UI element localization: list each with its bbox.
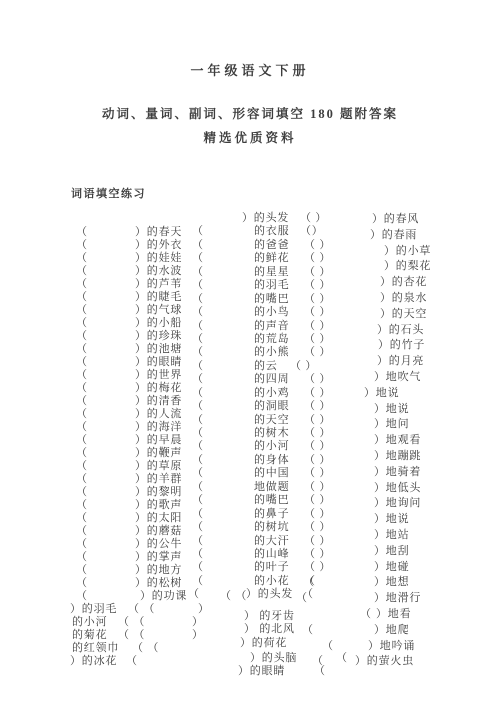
fill-blank-text: ） 的北风 — [244, 623, 295, 636]
fill-blank-text: （ — [192, 467, 204, 480]
fill-blank-text: ） — [198, 603, 210, 616]
fill-blank-text: （ — [76, 330, 88, 343]
fill-blank-text: （ — [192, 293, 204, 306]
fill-blank-text: ）的梨花 — [384, 259, 431, 275]
fill-blank-text: （ ） — [304, 508, 331, 521]
fill-blank-text: 地做题 — [254, 481, 289, 494]
fill-blank-text: （ ） — [300, 212, 327, 225]
fill-blank-text: ）的天空 — [380, 307, 427, 323]
fill-blank-text: （ — [76, 239, 88, 252]
fill-blank-text: ）的黎明 — [135, 486, 182, 499]
fill-blank-text: ）的芦苇 — [135, 278, 182, 291]
fill-blank-text: ）的人流 — [135, 408, 182, 421]
fill-blank-text: （ ） — [304, 561, 331, 574]
fill-blank-text: （ — [76, 538, 88, 551]
fill-blank-text: ）的羽毛 — [70, 603, 117, 616]
fill-blank-text: 的小熊 — [254, 346, 289, 359]
fill-blank-text: （ — [192, 346, 204, 359]
fill-blank-text: 的叶子 — [254, 561, 289, 574]
fill-blank-text: ）地滑行 — [374, 591, 421, 607]
fill-blank-text: ）地说 — [374, 402, 409, 418]
document-page: 一年级语文下册 动词、量词、副词、形容词填空 180 题附答案 精选优质资料 词… — [0, 0, 500, 708]
fill-blank-text: ）地观看 — [374, 433, 421, 449]
fill-blank-text: ）的春天 — [135, 226, 182, 239]
fill-blank-text: 的小花 — [254, 575, 289, 588]
fill-blank-text: （ ） — [304, 414, 331, 427]
fill-blank-text: 的小河 — [72, 616, 107, 629]
section-heading: 词语填空练习 — [71, 185, 146, 201]
fill-blank-text: ）的草原 — [135, 460, 182, 473]
fill-blank-text: 的四周 — [254, 373, 289, 386]
fill-blank-text: （ ） — [304, 535, 331, 548]
fill-blank-text: （ ） — [304, 454, 331, 467]
fill-blank-text: （ — [76, 265, 88, 278]
fill-blank-text: （ — [188, 588, 200, 601]
fill-blank-text: （ ） — [304, 306, 331, 319]
fill-blank-text: 的山峰 — [254, 548, 289, 561]
fill-blank-text: ）的小船 — [135, 317, 182, 330]
fill-blank-text: （ — [192, 481, 204, 494]
fill-blank-text: （ ） — [304, 400, 331, 413]
fill-blank-text: （ — [192, 333, 204, 346]
fill-blank-text: ）的石头 — [377, 323, 424, 339]
fill-blank-text: （） — [300, 225, 324, 238]
fill-blank-text: ）的小草 — [384, 244, 431, 260]
fill-blank-text: （ — [336, 652, 348, 665]
fill-blank-text: （ ） — [304, 494, 331, 507]
fill-blank-text: 的荒岛 — [254, 333, 289, 346]
fill-blank-text: （ — [76, 317, 88, 330]
fill-blank-text: ）的地方 — [135, 564, 182, 577]
fill-blank-text: ）的萤火虫 — [355, 654, 414, 670]
fill-blank-text: （ — [76, 486, 88, 499]
fill-blank-text: （ — [76, 460, 88, 473]
fill-blank-text: 的红领巾 — [72, 642, 119, 655]
fill-blank-text: 的嘴巴 — [254, 494, 289, 507]
fill-blank-text: ）地想 — [374, 575, 409, 591]
fill-blank-text: 的洞眼 — [254, 400, 289, 413]
fill-blank-text: （ ） — [304, 387, 331, 400]
fill-blank-text: 的天空 — [254, 414, 289, 427]
fill-blank-text: （ — [76, 447, 88, 460]
fill-blank-text: ）的早晨 — [135, 434, 182, 447]
fill-blank-text: ）地询问 — [374, 496, 421, 512]
fill-blank-text: （ — [76, 278, 88, 291]
fill-blank-text: （ — [322, 639, 334, 655]
fill-blank-text: （ — [76, 395, 88, 408]
fill-blank-text: ）的外衣 — [135, 239, 182, 252]
fill-blank-text: （ — [192, 561, 204, 574]
fill-blank-text: （ ） — [304, 279, 331, 292]
fill-blank-text: 的嘴巴 — [254, 293, 289, 306]
fill-blank-text: ）地蹦跳 — [374, 449, 421, 465]
fill-blank-text: （ — [76, 408, 88, 421]
fill-blank-text: （ — [126, 655, 138, 668]
fill-blank-text: 的树木 — [254, 427, 289, 440]
fill-blank-text: （ — [76, 226, 88, 239]
fill-blank-text: （ — [76, 369, 88, 382]
fill-blank-text: ）地吟诵 — [368, 639, 415, 655]
fill-blank-text: ）地刮 — [374, 544, 409, 560]
fill-blank-text: 的羽毛 — [254, 279, 289, 292]
fill-blank-text: （ — [192, 252, 204, 265]
fill-blank-text: （ — [76, 421, 88, 434]
fill-blank-text: （ — [76, 382, 88, 395]
fill-blank-text: ）地说 — [364, 386, 399, 402]
fill-blank-text: ）的春雨 — [370, 228, 417, 244]
fill-blank-text: （ ） — [290, 360, 317, 373]
fill-blank-text: （ （ — [132, 642, 159, 655]
fill-blank-text: （ — [76, 343, 88, 356]
fill-blank-text: 的鲜花 — [254, 252, 289, 265]
fill-blank-text: （ — [192, 575, 204, 588]
fill-blank-text: ）的松树 — [135, 577, 182, 590]
fill-blank-text: （ — [296, 591, 308, 607]
fill-blank-text: （ — [192, 440, 204, 453]
fill-blank-text: （ （ — [128, 603, 155, 616]
fill-blank-text: ） — [192, 616, 204, 629]
fill-blank-text: ）的荷花 — [240, 637, 287, 650]
fill-blank-text: ）的太阳 — [135, 512, 182, 525]
fill-blank-text: （ （ — [118, 616, 145, 629]
fill-blank-text: ）的功课 — [140, 590, 187, 603]
fill-blank-text: ）地说 — [374, 512, 409, 528]
fill-blank-text: （ — [76, 499, 88, 512]
fill-blank-text: ）的气球 — [135, 304, 182, 317]
fill-blank-text: 的声音 — [254, 320, 289, 333]
fill-blank-text: ）的月亮 — [377, 354, 424, 370]
fill-blank-text: （ — [192, 535, 204, 548]
fill-blank-text: ）的鞭声 — [135, 447, 182, 460]
fill-blank-text: ）的羊群 — [135, 473, 182, 486]
fill-blank-text: （ — [76, 473, 88, 486]
fill-blank-text: ）地碰 — [374, 560, 409, 576]
fill-blank-text: （ — [312, 654, 324, 670]
fill-blank-text: （ ） — [304, 373, 331, 386]
fill-blank-text: ） — [192, 629, 204, 642]
fill-blank-text: ）的海洋 — [135, 421, 182, 434]
fill-blank-text: ）的头发 — [242, 212, 289, 225]
fill-blank-text: （ — [192, 508, 204, 521]
fill-blank-text: ）的公牛 — [135, 538, 182, 551]
fill-blank-text: 的小鸟 — [254, 306, 289, 319]
fill-blank-text: （ — [76, 564, 88, 577]
fill-blank-text: ）地站 — [374, 528, 409, 544]
fill-blank-text: （ — [192, 360, 204, 373]
fill-blank-text: ）的池塘 — [135, 343, 182, 356]
fill-blank-text: ）地吹气 — [374, 370, 421, 386]
fill-blank-text: （ — [76, 291, 88, 304]
fill-blank-text: ）的蘑菇 — [135, 525, 182, 538]
fill-blank-text: （ ） — [304, 548, 331, 561]
fill-blank-text: ）的世界 — [135, 369, 182, 382]
fill-blank-text: ）的掌声 — [135, 551, 182, 564]
fill-blank-text: ）的珍珠 — [135, 330, 182, 343]
fill-blank-text: （ — [76, 434, 88, 447]
fill-blank-text: ）的娃娃 — [135, 252, 182, 265]
fill-blank-text: 的中国 — [254, 467, 289, 480]
fill-blank-text: 的小鸡 — [254, 387, 289, 400]
fill-blank-text: （ — [192, 279, 204, 292]
fill-blank-text: 的大汗 — [254, 535, 289, 548]
fill-blank-text: （ — [192, 548, 204, 561]
fill-blank-text: （ — [192, 427, 204, 440]
fill-blank-text: （ — [192, 266, 204, 279]
page-title: 一年级语文下册 — [0, 60, 500, 79]
fill-blank-text: ）地骑着 — [374, 465, 421, 481]
fill-blank-text: 的云 — [254, 360, 278, 373]
fill-blank-text: ）的清香 — [135, 395, 182, 408]
fill-blank-text: （ — [192, 373, 204, 386]
fill-blank-text: 的鼻子 — [254, 508, 289, 521]
fill-blank-text: （ — [76, 356, 88, 369]
fill-blank-text: ）地看 — [376, 607, 411, 623]
fill-blank-text: （ — [192, 387, 204, 400]
fill-blank-text: （ — [76, 551, 88, 564]
fill-blank-text: ）的歌声 — [135, 499, 182, 512]
fill-blank-text: （ — [76, 304, 88, 317]
fill-blank-text: ）的杏花 — [380, 275, 427, 291]
fill-blank-text: ） 的牙齿 — [244, 610, 295, 623]
fill-blank-text: （ ） — [304, 239, 331, 252]
fill-blank-text: ）的竹子 — [378, 338, 425, 354]
fill-blank-text: （ ） — [304, 293, 331, 306]
fill-blank-text: ）的春风 — [372, 212, 419, 228]
fill-blank-text: （ — [360, 607, 372, 623]
fill-blank-text: （ — [192, 414, 204, 427]
fill-blank-text: （ — [302, 623, 314, 639]
fill-blank-text: ）的睫毛 — [135, 291, 182, 304]
fill-blank-text: ）的冰花 — [70, 655, 117, 668]
fill-blank-text: （ （ — [220, 590, 247, 603]
fill-blank-text: ）的眼睛 — [135, 356, 182, 369]
fill-blank-text: （ ） — [304, 266, 331, 279]
fill-blank-text: ）地问 — [374, 417, 409, 433]
fill-blank-text: ）的泉水 — [380, 291, 427, 307]
fill-blank-text: （ ） — [304, 346, 331, 359]
fill-blank-text: （ — [76, 525, 88, 538]
fill-blank-text: 的爸爸 — [254, 239, 289, 252]
fill-blank-text: （ ） — [304, 252, 331, 265]
fill-blank-text: ）的头脑 — [250, 652, 297, 665]
fill-blank-text: （ ） — [304, 481, 331, 494]
fill-blank-text: （ — [192, 494, 204, 507]
fill-blank-text: ）地爬 — [374, 623, 409, 639]
fill-blank-text: （ — [76, 577, 88, 590]
fill-blank-text: 的树坑 — [254, 521, 289, 534]
fill-blank-text: （ （ — [118, 629, 145, 642]
fill-blank-text: （ — [76, 512, 88, 525]
fill-blank-text: （ — [192, 239, 204, 252]
doc-subtitle: 动词、量词、副词、形容词填空 180 题附答案 — [0, 104, 500, 122]
fill-blank-text: （ ） — [304, 320, 331, 333]
fill-blank-text: ）的头发 — [246, 588, 293, 601]
fill-blank-text: （ — [192, 521, 204, 534]
fill-blank-text: ）的水波 — [135, 265, 182, 278]
fill-blank-text: 的衣服 — [254, 225, 289, 238]
fill-blank-text: （ ） — [304, 440, 331, 453]
fill-blank-text: ）地低头 — [374, 481, 421, 497]
fill-blank-text: ）的眼睛 — [238, 665, 285, 678]
fill-blank-text: （ ） — [304, 333, 331, 346]
fill-blank-text: （ — [192, 306, 204, 319]
fill-blank-text: （ — [192, 400, 204, 413]
fill-blank-text: 的身体 — [254, 454, 289, 467]
fill-blank-text: （ — [76, 252, 88, 265]
fill-blank-text: （ ） — [304, 521, 331, 534]
fill-blank-text: （ — [192, 320, 204, 333]
fill-blank-text: （ — [303, 575, 315, 591]
fill-blank-text: （ ） — [304, 427, 331, 440]
fill-blank-text: 的小河 — [254, 440, 289, 453]
fill-blank-text: （ — [76, 590, 88, 603]
fill-blank-text: 的菊花 — [72, 629, 107, 642]
fill-blank-text: （ ） — [304, 467, 331, 480]
fill-blank-text: （ — [192, 454, 204, 467]
fill-blank-text: ）的梅花 — [135, 382, 182, 395]
fill-blank-text: （ — [192, 225, 204, 238]
doc-subtitle-line2: 精选优质资料 — [0, 128, 500, 146]
fill-blank-text: 的星星 — [254, 266, 289, 279]
